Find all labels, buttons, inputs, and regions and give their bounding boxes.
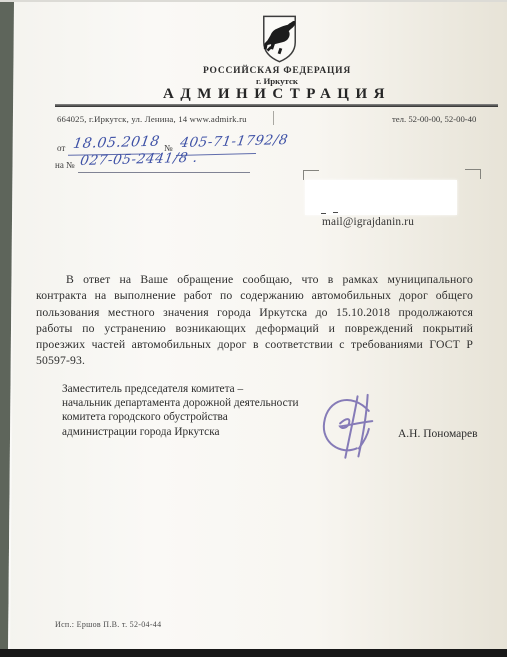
signature-scribble xyxy=(316,390,386,462)
city-name: г. Иркутск xyxy=(50,76,504,86)
administration-title: АДМИНИСТРАЦИЯ xyxy=(50,86,504,103)
ref-number-value: 405-71-1792/8 xyxy=(179,132,289,151)
irkutsk-coat-of-arms-icon xyxy=(261,14,298,65)
recipient-email: mail@igrajdanin.ru xyxy=(322,216,414,228)
redaction-remnant-mark xyxy=(321,213,326,214)
scan-edge-bottom xyxy=(0,649,507,657)
executor-note: Исп.: Ершов П.В. т. 52-04-44 xyxy=(55,620,161,629)
body-paragraph: В ответ на Ваше обращение сообщаю, что в… xyxy=(36,272,473,370)
reply-ref-underline xyxy=(78,172,250,173)
signer-name: А.Н. Пономарев xyxy=(398,428,478,440)
address-window-left-corner-mark xyxy=(303,170,319,180)
address-divider xyxy=(273,111,274,125)
ref-date-value: 18.05.2018 xyxy=(72,134,161,152)
redaction-remnant-mark xyxy=(333,212,338,213)
reply-ref-label: на № xyxy=(55,160,75,170)
scanned-letter-page: РОССИЙСКАЯ ФЕДЕРАЦИЯ г. Иркутск АДМИНИСТ… xyxy=(0,0,507,657)
reply-ref-value: 027-05-2441/8 . xyxy=(79,150,199,169)
address-window-right-corner-mark xyxy=(465,169,481,179)
phone-line: тел. 52-00-00, 52-00-40 xyxy=(392,114,476,124)
letterhead-rule xyxy=(55,104,498,107)
address-line: 664025, г.Иркутск, ул. Ленина, 14 www.ad… xyxy=(57,114,247,124)
redaction-box xyxy=(305,180,457,215)
ref-date-label: от xyxy=(57,143,65,153)
country-name: РОССИЙСКАЯ ФЕДЕРАЦИЯ xyxy=(50,66,504,76)
